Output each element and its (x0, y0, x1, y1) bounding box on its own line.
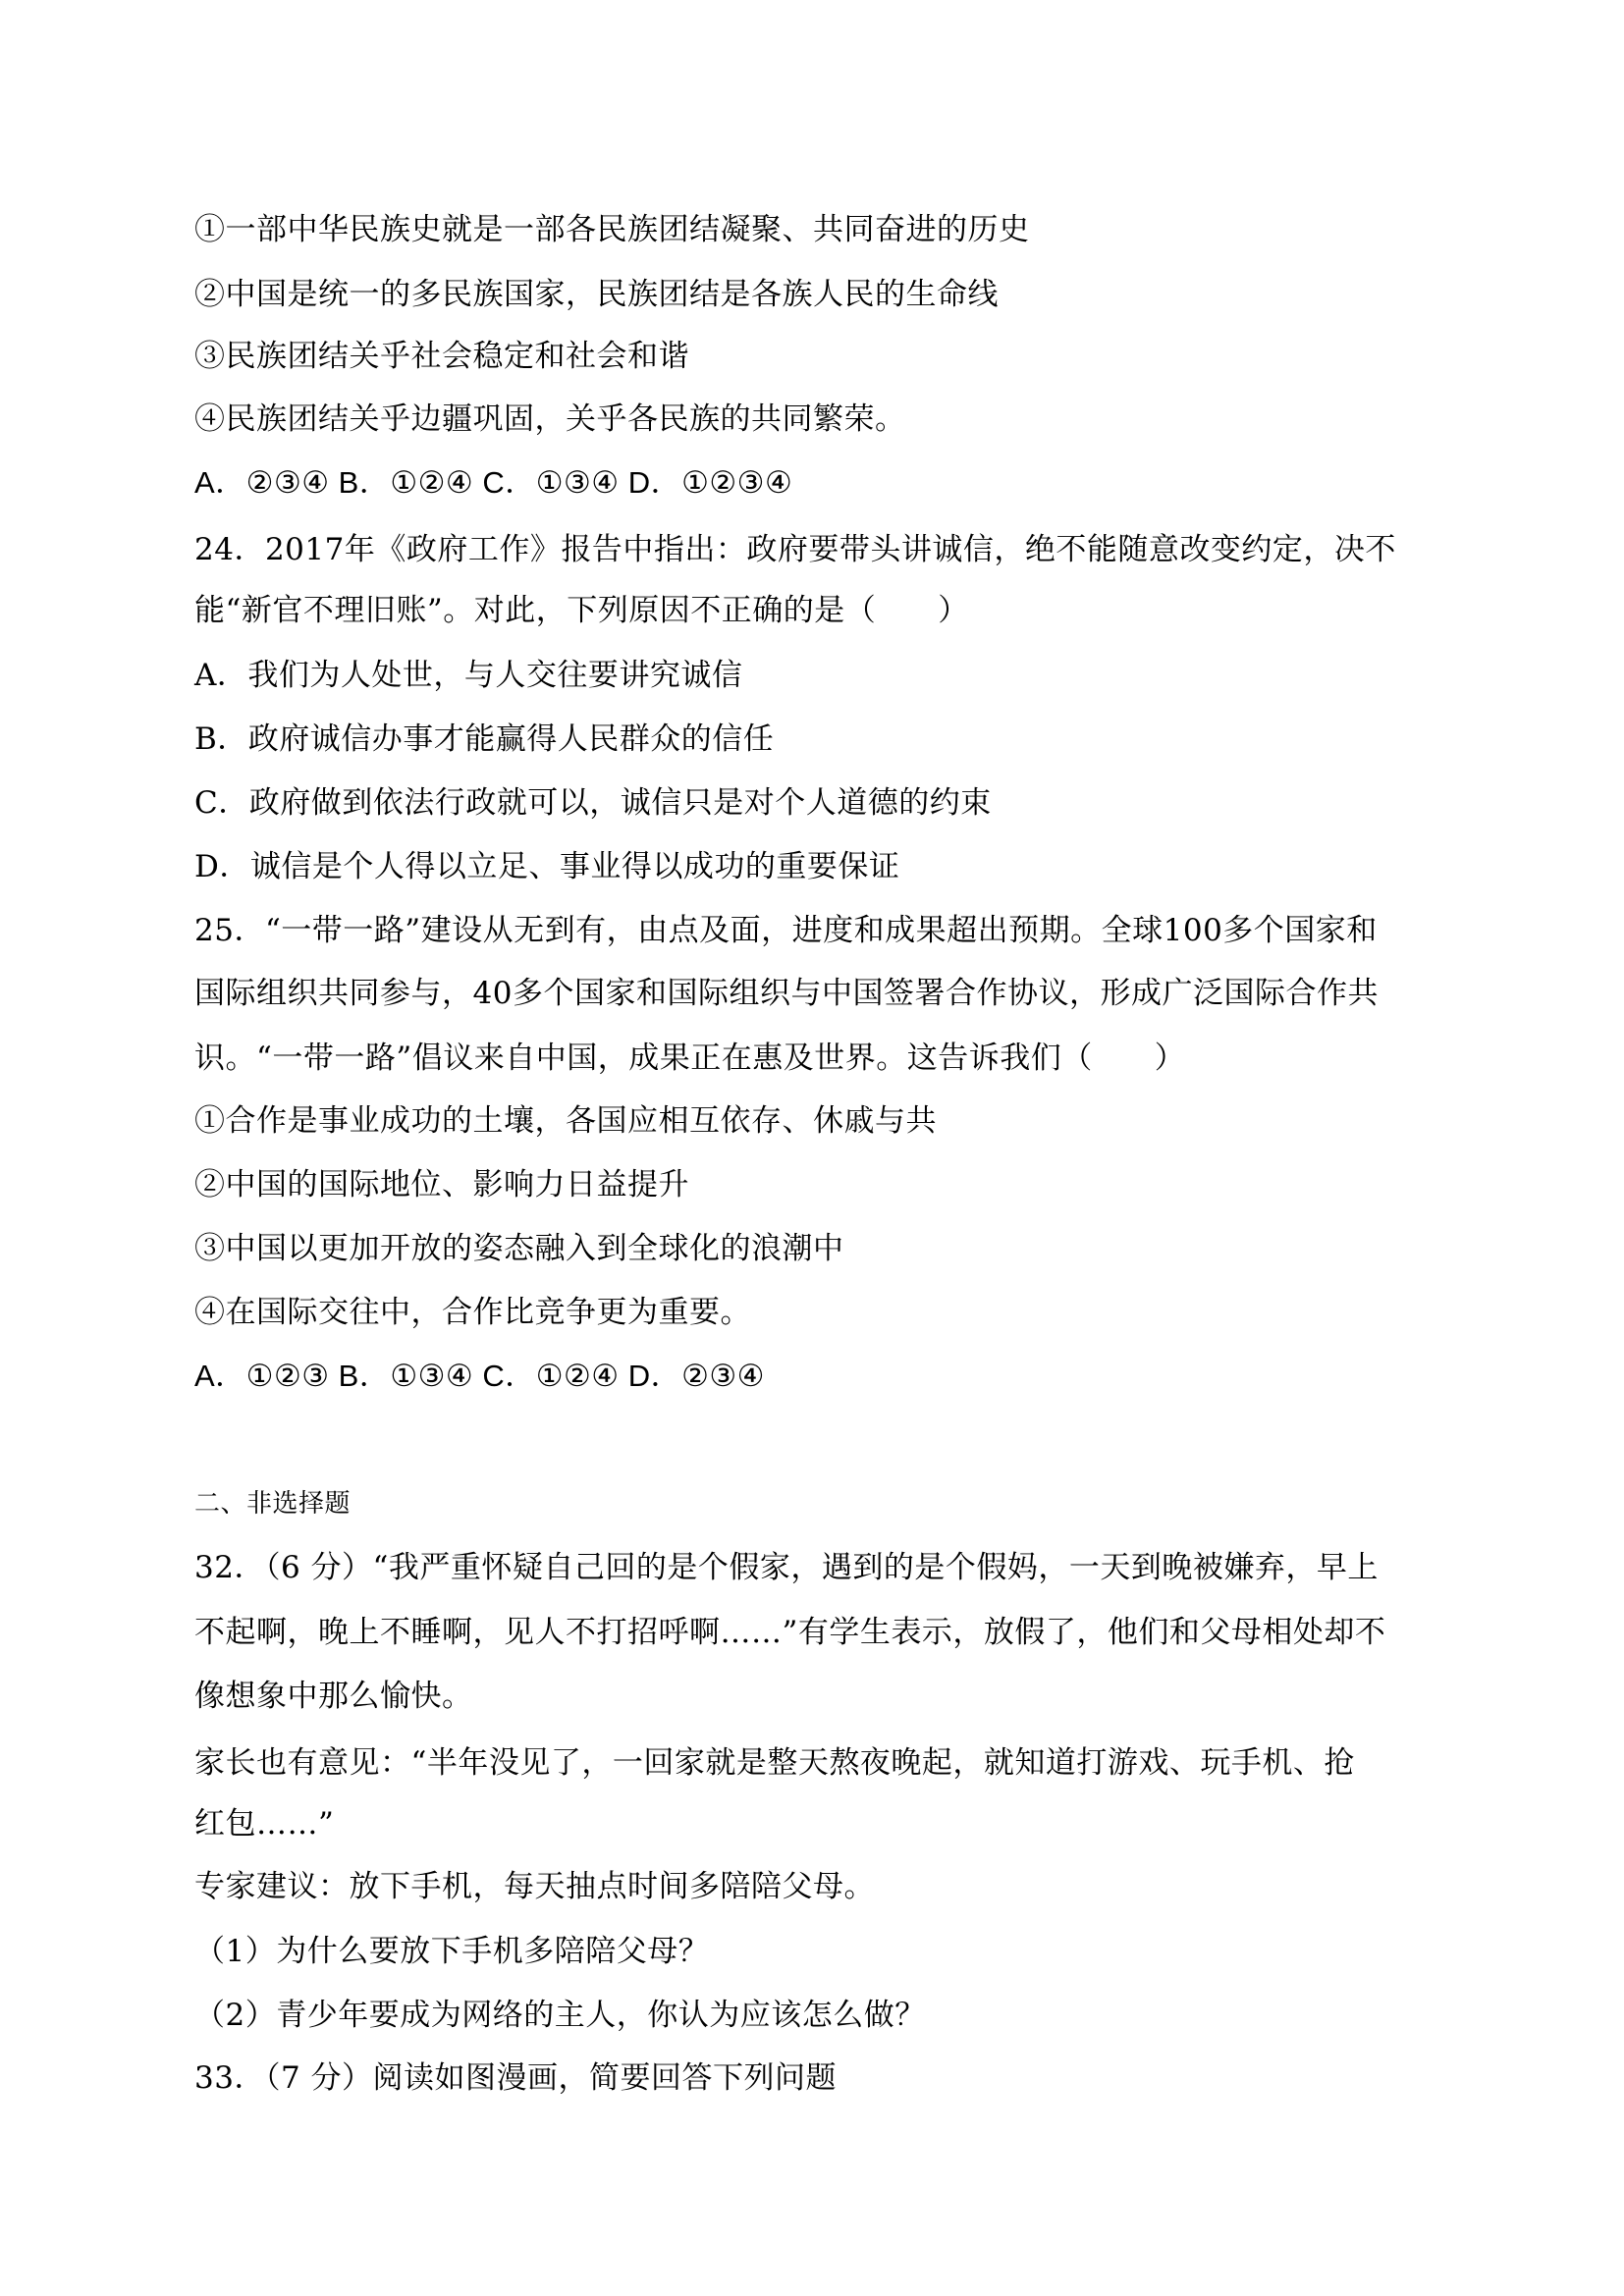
q24-choice-b: B．政府诚信办事才能赢得人民群众的信任 (194, 720, 774, 759)
q24-stem-line-2: 能“新官不理旧账”。对此，下列原因不正确的是（ ） (194, 591, 969, 630)
q23-choices: A．②③④ B．①②④ C．①③④ D．①②③④ (194, 463, 792, 503)
q25-statement-3: ③中国以更加开放的姿态融入到全球化的浪潮中 (194, 1229, 844, 1268)
q32-sub-question-1: （1）为什么要放下手机多陪陪父母？ (194, 1932, 709, 1971)
q23-statement-3: ③民族团结关乎社会稳定和社会和谐 (194, 337, 689, 376)
q32-stem-line-4: 家长也有意见：“半年没见了，一回家就是整天熬夜晚起，就知道打游戏、玩手机、抢 (194, 1743, 1355, 1783)
q23-statement-2: ②中国是统一的多民族国家，民族团结是各族人民的生命线 (194, 275, 999, 314)
q32-stem-line-6: 专家建议：放下手机，每天抽点时间多陪陪父母。 (194, 1867, 875, 1906)
section-heading: 二、非选择题 (194, 1484, 351, 1523)
q33-stem: 33．（7 分）阅读如图漫画，简要回答下列问题 (194, 2058, 837, 2098)
q24-choice-a: A．我们为人处世，与人交往要讲究诚信 (194, 656, 742, 695)
q25-stem-line-2: 国际组织共同参与，40多个国家和国际组织与中国签署合作协议，形成广泛国际合作共 (194, 974, 1379, 1013)
q32-stem-line-5: 红包……” (194, 1804, 334, 1843)
exam-page: ①一部中华民族史就是一部各民族团结凝聚、共同奋进的历史 ②中国是统一的多民族国家… (0, 0, 1624, 2296)
q32-sub-question-2: （2）青少年要成为网络的主人，你认为应该怎么做？ (194, 1996, 926, 2035)
q32-stem-line-3: 像想象中那么愉快。 (194, 1677, 473, 1716)
q25-statement-4: ④在国际交往中，合作比竞争更为重要。 (194, 1293, 751, 1332)
q32-stem-line-1: 32．（6 分）“我严重怀疑自己回的是个假家，遇到的是个假妈，一天到晚被嫌弃，早… (194, 1548, 1379, 1587)
q25-choices: A．①②③ B．①③④ C．①②④ D．②③④ (194, 1357, 765, 1396)
q23-statement-1: ①一部中华民族史就是一部各民族团结凝聚、共同奋进的历史 (194, 210, 1030, 249)
q23-statement-4: ④民族团结关乎边疆巩固，关乎各民族的共同繁荣。 (194, 400, 906, 439)
q32-stem-line-2: 不起啊，晚上不睡啊，见人不打招呼啊……”有学生表示，放假了，他们和父母相处却不 (194, 1613, 1385, 1652)
q25-statement-2: ②中国的国际地位、影响力日益提升 (194, 1165, 689, 1204)
q24-choice-c: C．政府做到依法行政就可以，诚信只是对个人道德的约束 (194, 783, 992, 823)
q24-choice-d: D．诚信是个人得以立足、事业得以成功的重要保证 (194, 847, 899, 886)
q25-stem-line-1: 25．“一带一路”建设从无到有，由点及面，进度和成果超出预期。全球100多个国家… (194, 911, 1378, 950)
q25-statement-1: ①合作是事业成功的土壤，各国应相互依存、休戚与共 (194, 1101, 937, 1141)
q24-stem-line-1: 24．2017年《政府工作》报告中指出：政府要带头讲诚信，绝不能随意改变约定，决… (194, 530, 1396, 569)
q25-stem-line-3: 识。“一带一路”倡议来自中国，成果正在惠及世界。这告诉我们（ ） (194, 1039, 1185, 1078)
